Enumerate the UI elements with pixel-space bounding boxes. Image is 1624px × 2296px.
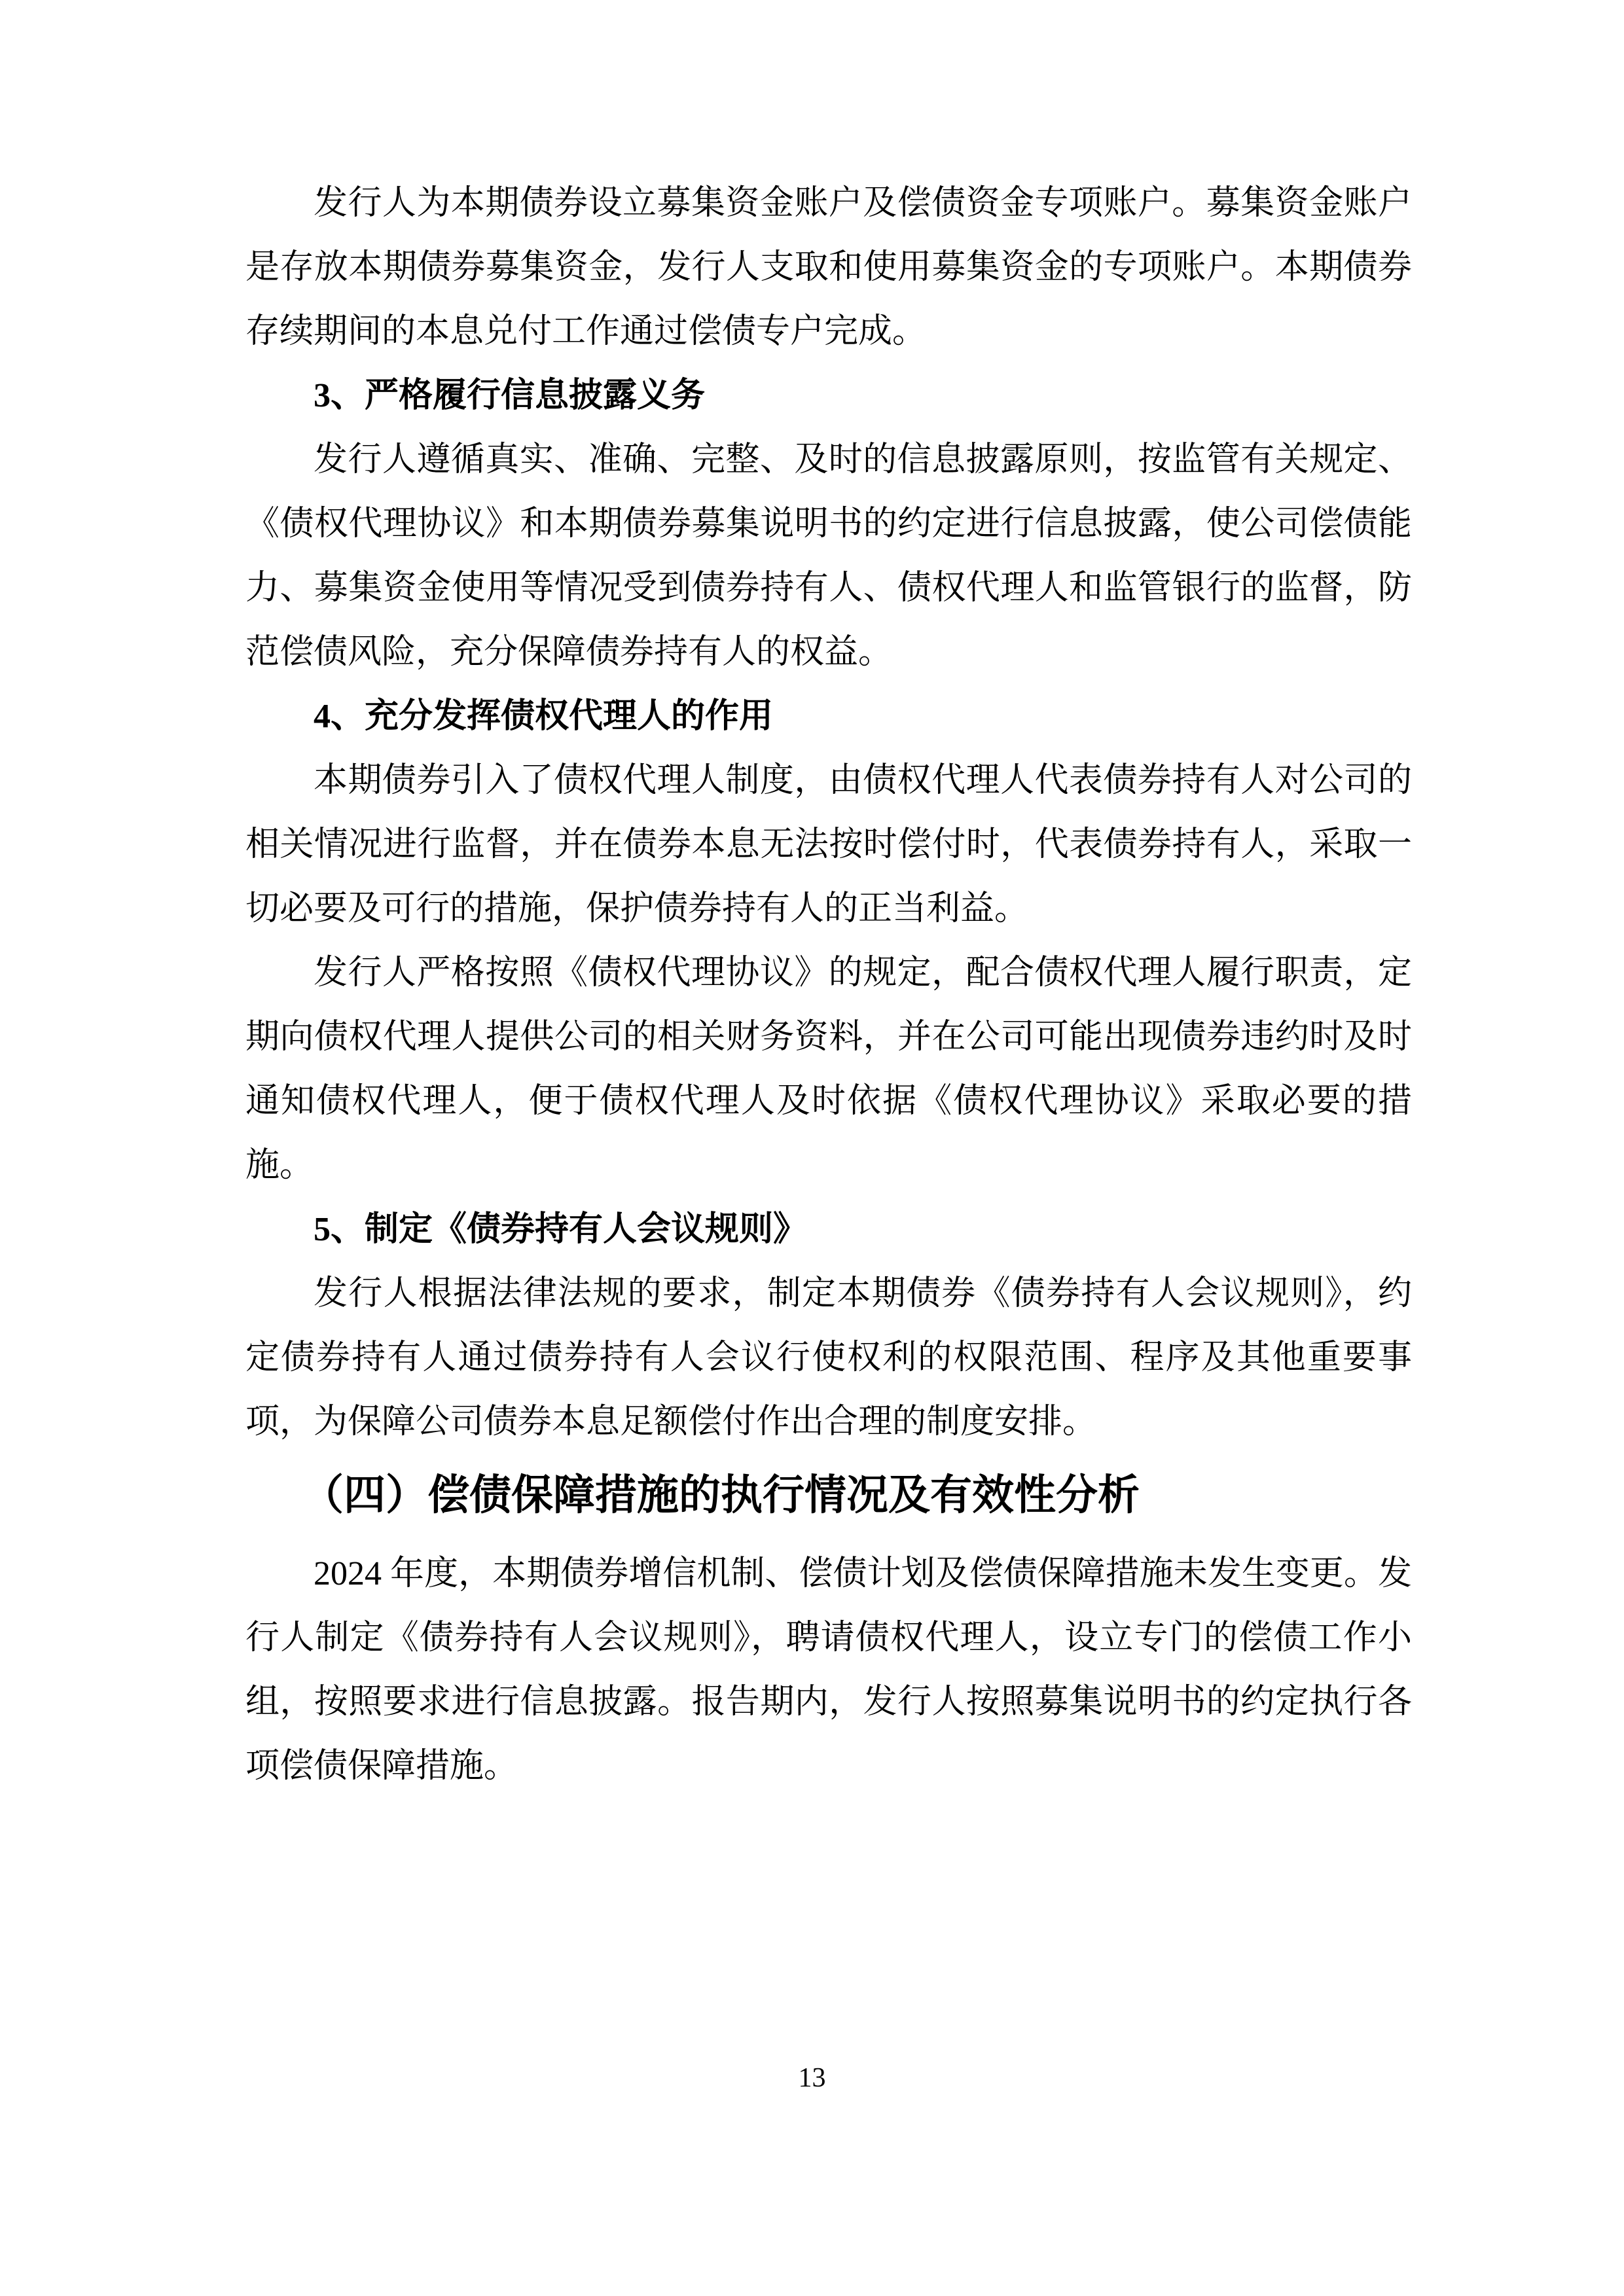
page-body: 发行人为本期债券设立募集资金账户及偿债资金专项账户。募集资金账户是存放本期债券募… [245, 171, 1412, 1799]
paragraph-meeting-rules: 发行人根据法律法规的要求，制定本期债券《债券持有人会议规则》，约定债券持有人通过… [245, 1262, 1412, 1454]
heading-5-bondholder-meeting-rules: 5、制定《债券持有人会议规则》 [245, 1198, 1412, 1262]
document-page: 发行人为本期债券设立募集资金账户及偿债资金专项账户。募集资金账户是存放本期债券募… [0, 0, 1624, 2296]
heading-4-bond-trustee-role: 4、充分发挥债权代理人的作用 [245, 685, 1412, 749]
section-heading-debt-protection-analysis: （四）偿债保障措施的执行情况及有效性分析 [245, 1456, 1412, 1535]
heading-3-info-disclosure: 3、严格履行信息披露义务 [245, 364, 1412, 428]
paragraph-info-disclosure: 发行人遵循真实、准确、完整、及时的信息披露原则，按监管有关规定、《债权代理协议》… [245, 428, 1412, 685]
paragraph-fund-accounts: 发行人为本期债券设立募集资金账户及偿债资金专项账户。募集资金账户是存放本期债券募… [245, 171, 1412, 364]
paragraph-2024-execution: 2024 年度，本期债券增信机制、偿债计划及偿债保障措施未发生变更。发行人制定《… [245, 1542, 1412, 1799]
paragraph-trustee-cooperation: 发行人严格按照《债权代理协议》的规定，配合债权代理人履行职责，定期向债权代理人提… [245, 941, 1412, 1198]
paragraph-trustee-system: 本期债券引入了债权代理人制度，由债权代理人代表债券持有人对公司的相关情况进行监督… [245, 749, 1412, 941]
page-number: 13 [0, 2062, 1624, 2094]
